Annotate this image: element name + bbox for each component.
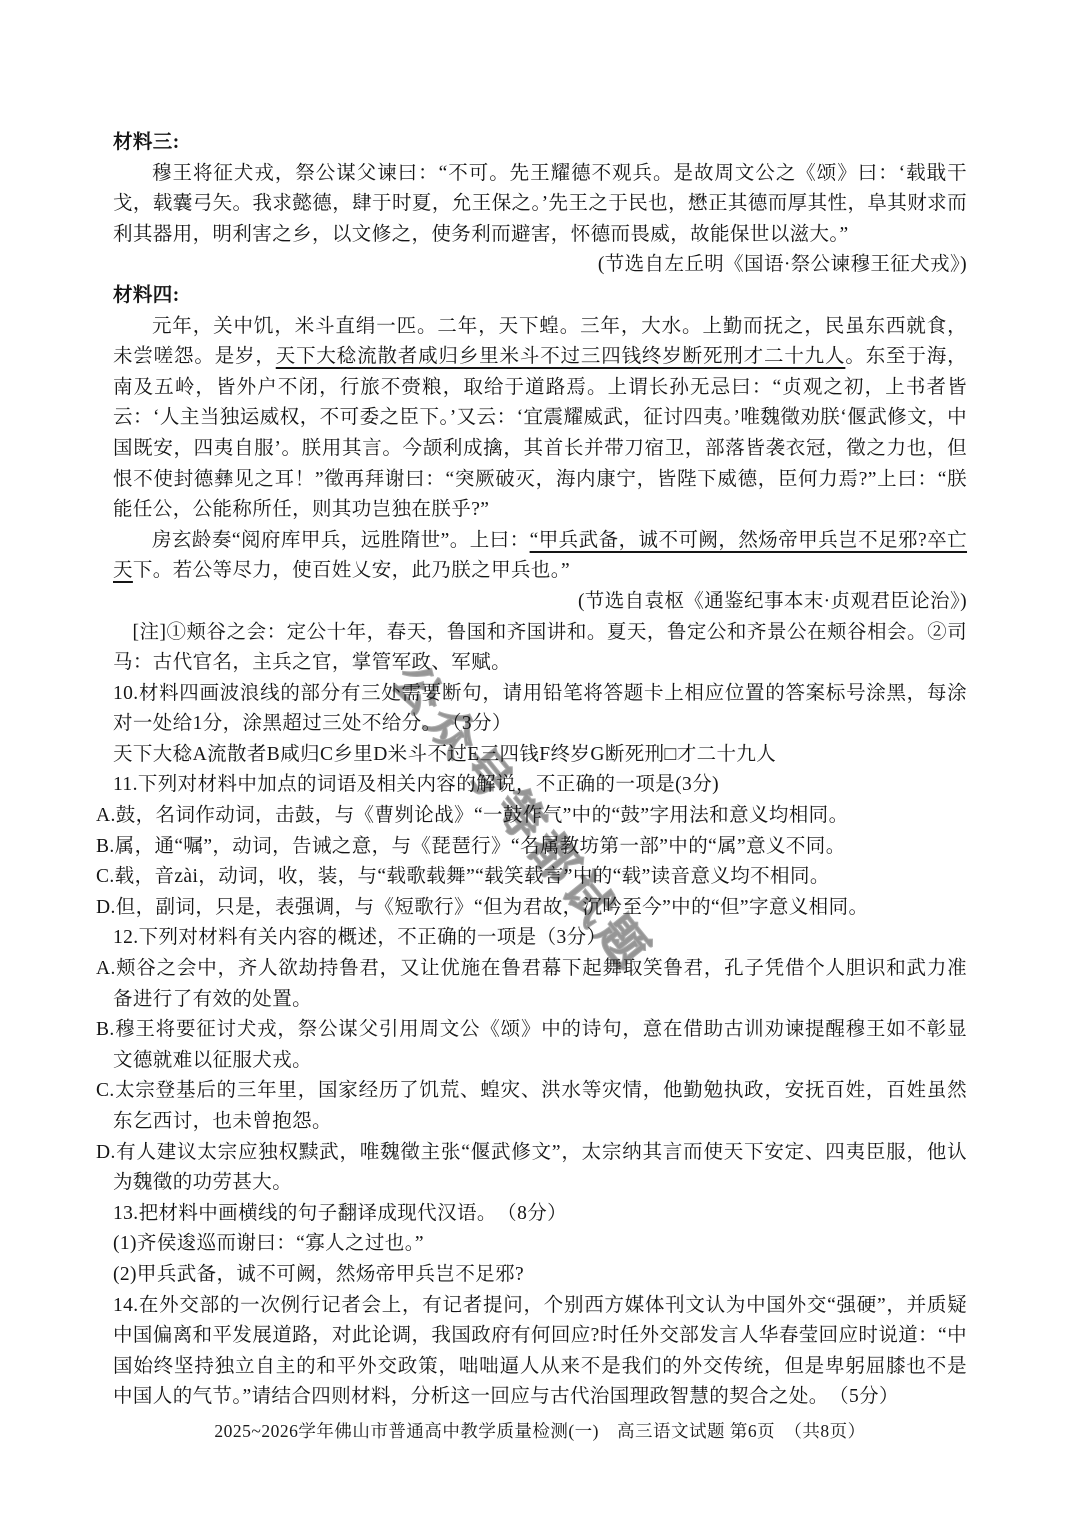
- question-12-stem: 12.下列对材料有关内容的概述，不正确的一项是（3分）: [113, 923, 967, 954]
- material3-source: (节选自左丘明《国语·祭公谏穆王征犬戎》): [113, 250, 967, 281]
- question-11-option-b: B.属，通“嘱”，动词，告诫之意，与《琵琶行》“名属教坊第一部”中的“属”意义不…: [113, 832, 967, 863]
- page-content: 材料三: 穆王将征犬戎，祭公谋父谏曰：“不可。先王耀德不观兵。是故周文公之《颂》…: [113, 128, 967, 1413]
- question-11-option-d: D.但，副词，只是，表强调，与《短歌行》“但为君故，沉吟至今”中的“但”字意义相…: [113, 893, 967, 924]
- question-12-option-d: D.有人建议太宗应独权黩武，唯魏徵主张“偃武修文”，太宗纳其言而使天下安定、四夷…: [113, 1138, 967, 1199]
- exam-paper-page: 公众号等都试题 材料三: 穆王将征犬戎，祭公谋父谏曰：“不可。先王耀德不观兵。是…: [0, 0, 1080, 1527]
- question-11-option-c: C.载，音zài，动词，收，装，与“载歌载舞”“载笑载言”中的“载”读音意义均不…: [113, 862, 967, 893]
- question-11-stem: 11.下列对材料中加点的词语及相关内容的解说，不正确的一项是(3分): [113, 770, 967, 801]
- material4-p2-post: 下。若公等尽力，使百姓乂安，此乃朕之甲兵也。”: [133, 560, 570, 581]
- page-footer: 2025~2026学年佛山市普通高中教学质量检测(一) 高三语文试题 第6页 （…: [0, 1418, 1080, 1443]
- question-13-stem: 13.把材料中画横线的句子翻译成现代汉语。 （8分）: [113, 1199, 967, 1230]
- question-13-sentence-1: (1)齐侯逡巡而谢曰：“寡人之过也。”: [113, 1229, 967, 1260]
- material3-paragraph: 穆王将征犬戎，祭公谋父谏曰：“不可。先王耀德不观兵。是故周文公之《颂》曰：‘载戢…: [113, 159, 967, 251]
- question-12-option-a: A.颊谷之会中，齐人欲劫持鲁君，又让优施在鲁君幕下起舞取笑鲁君，孔子凭借个人胆识…: [113, 954, 967, 1015]
- material3-heading: 材料三:: [113, 128, 967, 159]
- material4-p2-pre: 房玄龄奏“阅府库甲兵，远胜隋世”。上曰：: [152, 530, 530, 551]
- question-11-option-a: A.鼓，名词作动词，击鼓，与《曹刿论战》“一鼓作气”中的“鼓”字用法和意义均相同…: [113, 801, 967, 832]
- question-12-option-c: C.太宗登基后的三年里，国家经历了饥荒、蝗灾、洪水等灾情，他勤勉执政，安抚百姓，…: [113, 1076, 967, 1137]
- material4-source: (节选自袁枢《通鉴纪事本末·贞观君臣论治》): [113, 587, 967, 618]
- material4-p1-wavy-underlined-segment: 天下大稔流散者咸归乡里米斗不过三四钱终岁断死刑才二十九人: [276, 346, 846, 367]
- question-13-sentence-2: (2)甲兵武备，诚不可阙，然炀帝甲兵岂不足邪?: [113, 1260, 967, 1291]
- material4-paragraph-1: 元年，关中饥，米斗直绢一匹。二年，天下蝗。三年，大水。上勤而抚之，民虽东西就食，…: [113, 312, 967, 526]
- material4-p1-post: 。东至于海，南及五岭，皆外户不闭，行旅不赍粮，取给于道路焉。上谓长孙无忌曰：“贞…: [113, 346, 967, 520]
- material4-heading: 材料四:: [113, 281, 967, 312]
- question-10-answer-line: 天下大稔A流散者B咸归C乡里D米斗不过E三四钱F终岁G断死刑□才二十九人: [113, 740, 967, 771]
- question-10-stem: 10.材料四画波浪线的部分有三处需要断句，请用铅笔将答题卡上相应位置的答案标号涂…: [113, 679, 967, 740]
- question-12-option-b: B.穆王将要征讨犬戎，祭公谋父引用周文公《颂》中的诗句，意在借助古训劝谏提醒穆王…: [113, 1015, 967, 1076]
- materials-note: [注]①颊谷之会：定公十年，春天，鲁国和齐国讲和。夏天，鲁定公和齐景公在颊谷相会…: [113, 618, 967, 679]
- material4-paragraph-2: 房玄龄奏“阅府库甲兵，远胜隋世”。上曰：“甲兵武备，诚不可阙，然炀帝甲兵岂不足邪…: [113, 526, 967, 587]
- question-14-stem: 14.在外交部的一次例行记者会上，有记者提问，个别西方媒体刊文认为中国外交“强硬…: [113, 1291, 967, 1413]
